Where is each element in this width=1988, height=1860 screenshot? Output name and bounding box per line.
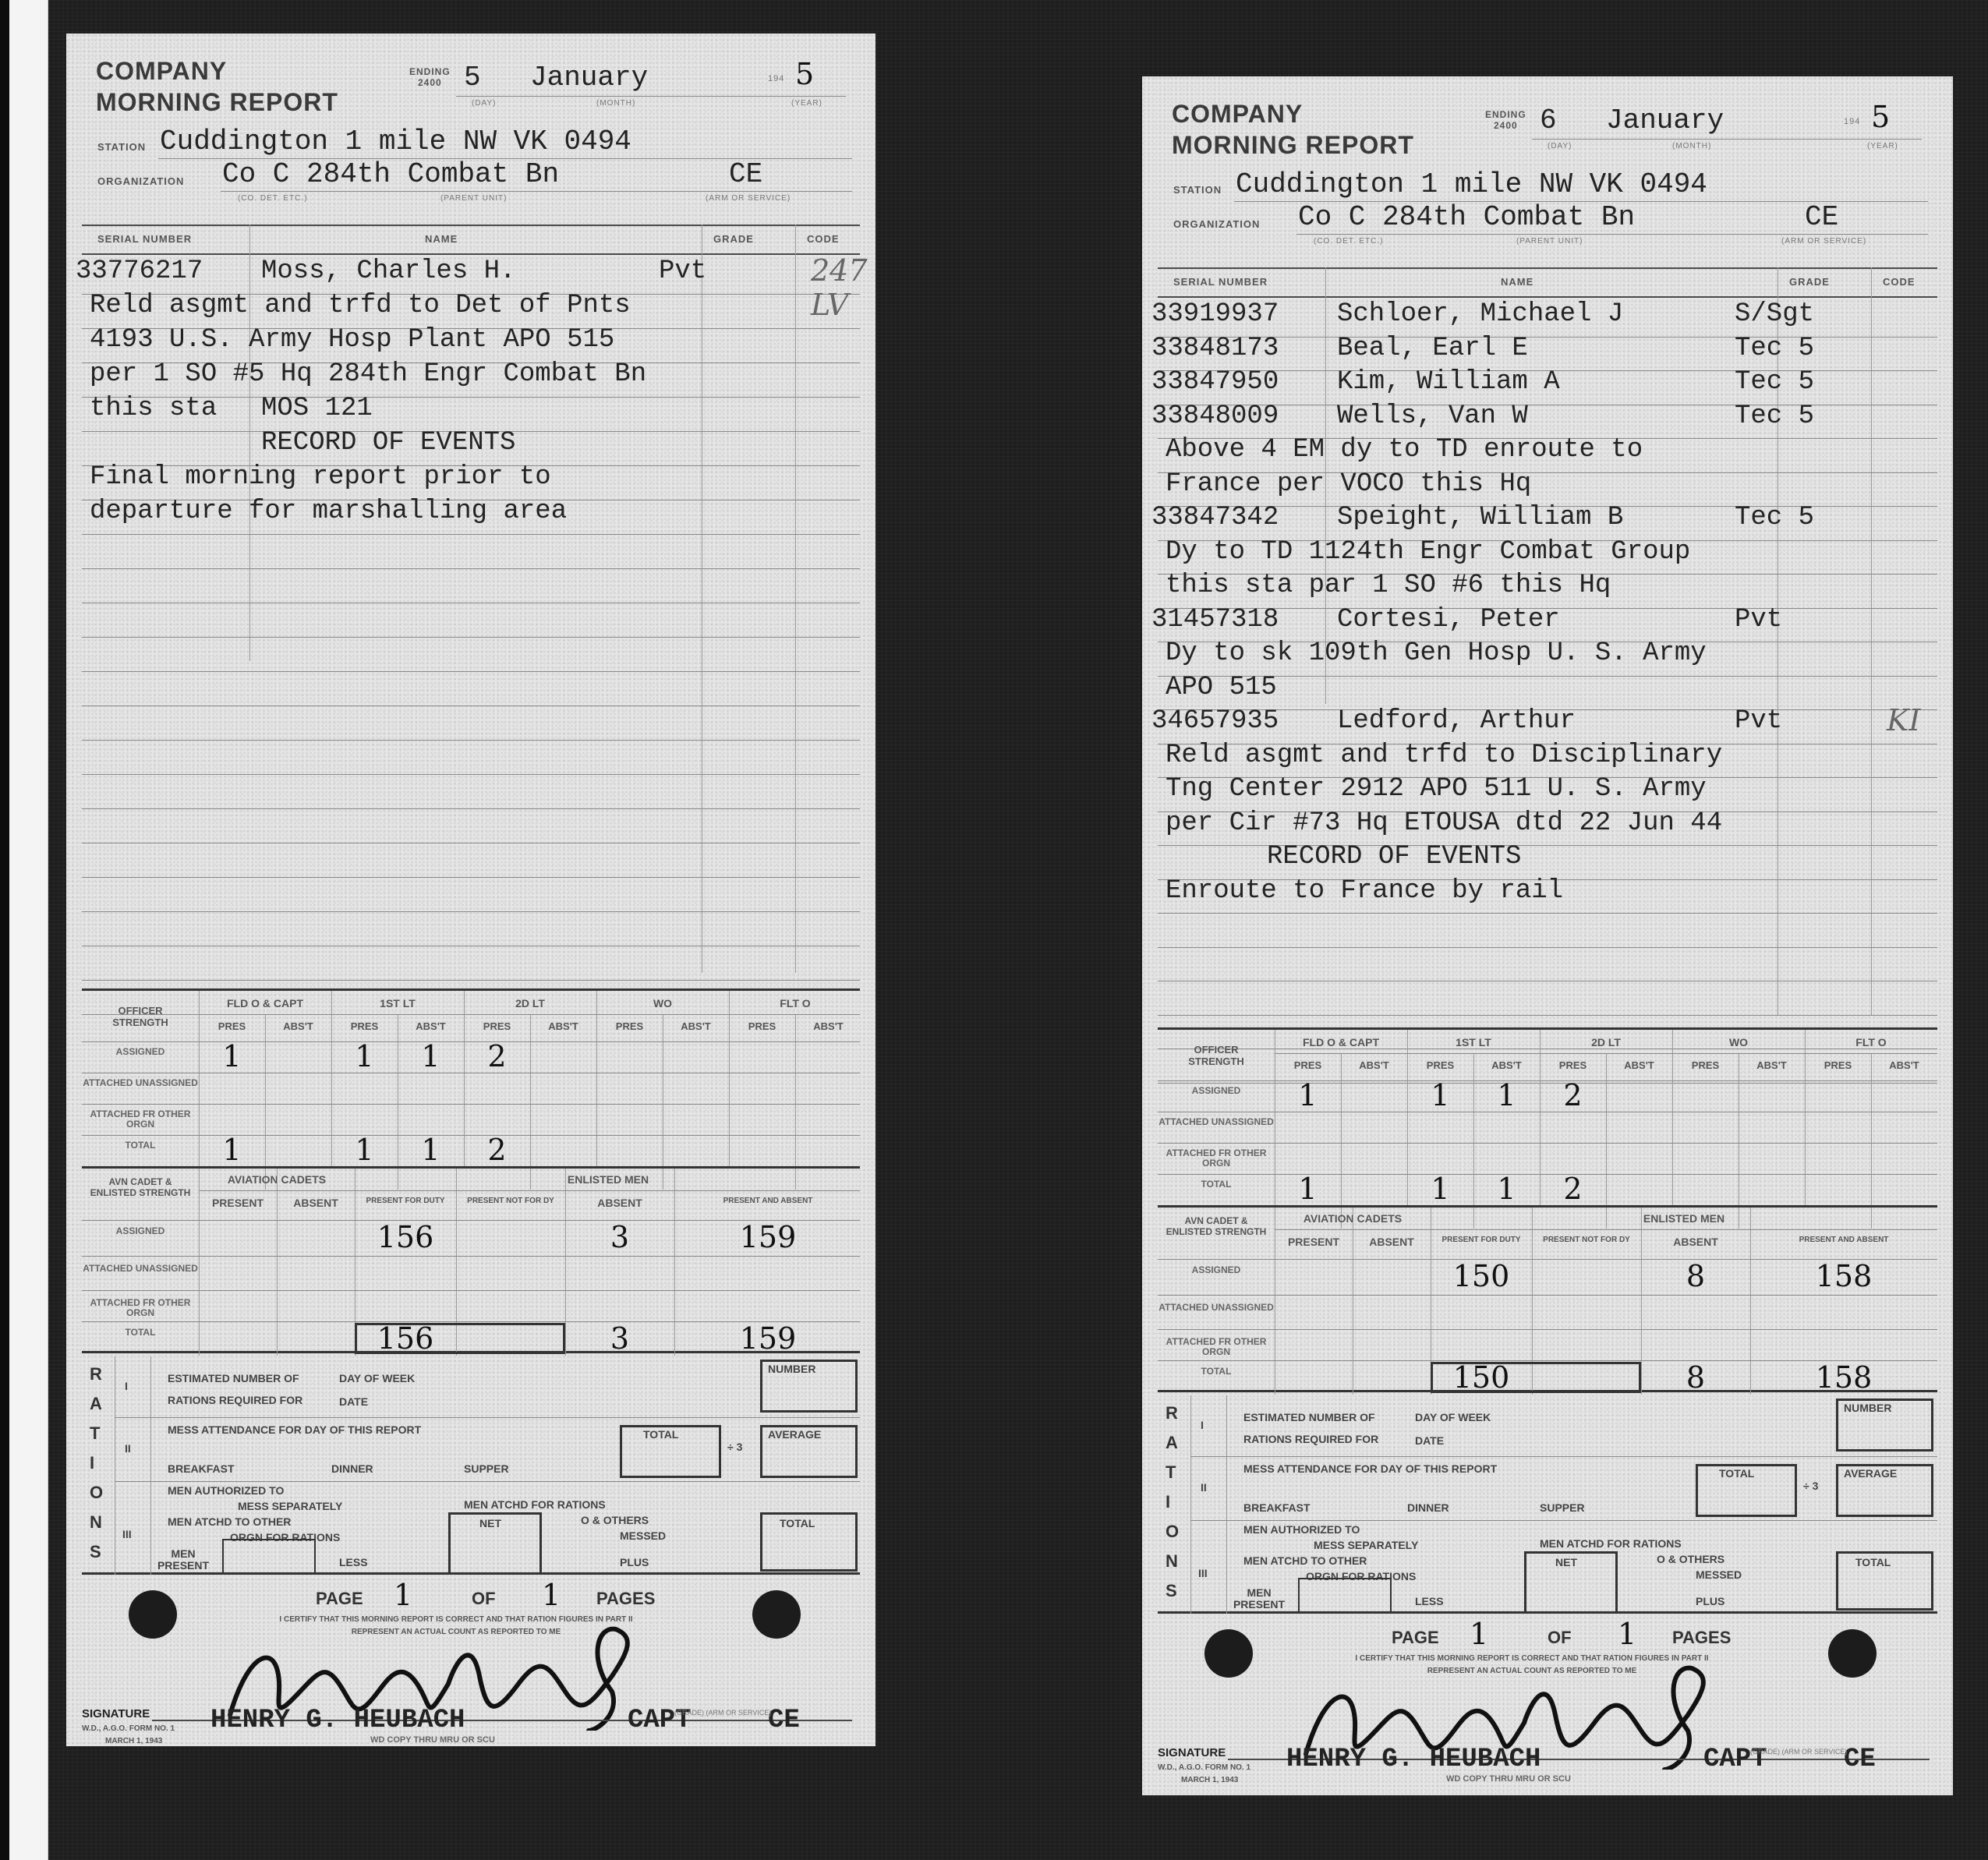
serial-number: 33919937 [1151,299,1279,329]
enlisted-row-label: ATTACHED FR OTHER ORGN [1158,1337,1275,1357]
form-title: COMPANY MORNING REPORT [96,55,338,118]
enlisted-row-label: ATTACHED UNASSIGNED [1158,1303,1275,1313]
ruled-line [82,568,860,569]
serial-number: 34657935 [1151,706,1279,736]
officer-subcol: ABS'T [663,1020,729,1032]
signer-name: HENRY G. HEUBACH [210,1706,465,1735]
organization-value: Co C 284th Combat Bn [222,158,559,190]
ending-label: ENDING2400 [409,66,451,88]
grade: Pvt [1735,706,1782,736]
enlisted-strength-table: AVN CADET & ENLISTED STRENGTHAVIATION CA… [82,1166,860,1353]
enlisted-subcol: PRESENT NOT FOR DY [456,1197,565,1205]
form-number: W.D., A.G.O. FORM NO. 1 [82,1724,175,1733]
section-i-number: I [1201,1419,1204,1431]
of-label: OF [472,1589,496,1609]
section-i-number: I [125,1380,128,1392]
caption-parent-unit: (PARENT UNIT) [440,194,507,203]
page-label: PAGE [1392,1628,1439,1648]
rations-side-letter: O [1166,1522,1179,1542]
ruled-line [1158,947,1937,948]
page-total: 1 [1618,1617,1636,1651]
record-of-events-heading: RECORD OF EVENTS [1267,842,1521,872]
officer-count: 1 [331,1039,398,1073]
page-number: 1 [394,1578,412,1612]
entry-text: per Cir #73 Hq ETOUSA dtd 22 Jun 44 [1166,808,1722,838]
officer-count: 2 [464,1133,530,1167]
report-month: January [530,62,648,94]
year-caption: (YEAR) [1867,142,1898,150]
mess-attendance-label: MESS ATTENDANCE FOR DAY OF THIS REPORT [1243,1462,1497,1475]
morning-report-jan-5: COMPANY MORNING REPORT ENDING2400 5 Janu… [66,34,875,1746]
morning-report-jan-6: COMPANY MORNING REPORT ENDING2400 6 Janu… [1142,76,1953,1795]
mess-separately-label: MESS SEPARATELY [1314,1539,1418,1551]
total-present-box [1431,1362,1641,1393]
ruled-line [82,808,860,809]
o-others-label: O & OTHERS [1657,1553,1724,1565]
ruled-line [82,637,860,638]
station-label: STATION [1173,184,1222,196]
wd-copy-note: WD COPY THRU MRU OR SCU [1446,1774,1571,1784]
enlisted-row-label: ASSIGNED [82,1226,199,1236]
section-iii-number: III [122,1528,132,1540]
enlisted-row-label: ATTACHED FR OTHER ORGN [82,1298,199,1318]
enlisted-subcol: ABSENT [277,1197,355,1209]
enlisted-strength-label: AVN CADET & ENLISTED STRENGTH [90,1176,191,1198]
ruled-line [82,980,860,981]
rations-total-label: TOTAL [780,1517,815,1529]
month-caption: (MONTH) [596,99,635,108]
organization-label: ORGANIZATION [1173,218,1260,230]
day-of-week-label: DAY OF WEEK [339,1372,415,1384]
rations-side-letter: A [1166,1433,1178,1453]
men-authorized-label: MEN AUTHORIZED TO [168,1484,284,1497]
officer-subcol: ABS'T [530,1020,596,1032]
report-day: 5 [464,62,481,94]
rations-side-letter: I [1166,1492,1170,1512]
soldier-name: Beal, Earl E [1337,334,1528,363]
total-present-box [355,1323,565,1354]
men-present-label: MEN PRESENT [1228,1587,1290,1611]
col-code: CODE [1883,276,1915,288]
officer-row-label: ATTACHED FR OTHER ORGN [82,1109,199,1130]
section-iii-number: III [1198,1567,1208,1579]
enlisted-count: 3 [565,1220,674,1254]
mess-attendance-label: MESS ATTENDANCE FOR DAY OF THIS REPORT [168,1423,421,1436]
code-mark: KI [1887,703,1920,737]
enlisted-count: 159 [674,1321,861,1356]
rations-side-letter: S [90,1542,101,1562]
serial-number: 33847342 [1151,503,1279,532]
ruled-line [82,705,860,706]
entry-text: this sta [90,394,217,423]
entry-text: Enroute to France by rail [1166,876,1563,906]
signature-block: PAGE1OF1PAGESI CERTIFY THAT THIS MORNING… [82,1582,860,1754]
station-value: Cuddington 1 mile NW VK 0494 [160,126,631,157]
officer-row-label: ASSIGNED [1158,1086,1275,1096]
enlisted-count: 8 [1641,1360,1750,1395]
entry-text: Reld asgmt and trfd to Disciplinary [1166,741,1722,770]
enlisted-strength-label: AVN CADET & ENLISTED STRENGTH [1166,1215,1267,1237]
rations-total-label: TOTAL [1855,1556,1891,1568]
breakfast-label: BREAKFAST [168,1462,235,1475]
officer-count: 1 [1407,1078,1473,1112]
rations-side-letter: N [90,1512,102,1533]
officer-subcol: ABS'T [795,1020,861,1032]
officer-row-label: ATTACHED UNASSIGNED [1158,1117,1275,1127]
record-of-events-heading: RECORD OF EVENTS [261,428,515,458]
ruled-line [82,843,860,843]
grade: Tec 5 [1735,401,1814,431]
officer-subcol: PRES [1672,1059,1739,1071]
officer-subcol: PRES [596,1020,663,1032]
col-name: NAME [425,233,458,245]
enlisted-men-group: ENLISTED MEN [1431,1212,1937,1225]
rations-side-letter: R [90,1364,102,1384]
enlisted-subcol: PRESENT [1275,1236,1353,1248]
serial-number: 31457318 [1151,605,1279,635]
soldier-name: Cortesi, Peter [1337,605,1560,635]
enlisted-subcol: ABSENT [1641,1236,1750,1248]
rations-side-letter: S [1166,1581,1177,1601]
caption-arm-service: (ARM OR SERVICE) [706,194,791,203]
number-label: NUMBER [1844,1402,1891,1414]
enlisted-subcol: PRESENT AND ABSENT [674,1197,861,1205]
officer-grade-group: FLD O & CAPT [199,997,331,1010]
ruled-line [82,534,860,535]
men-atchd-other-label: MEN ATCHD TO OTHER [168,1515,291,1528]
entry-text: Final morning report prior to [90,462,551,492]
station-value: Cuddington 1 mile NW VK 0494 [1236,168,1707,200]
enlisted-row-label: ATTACHED UNASSIGNED [82,1264,199,1274]
officer-count: 2 [1540,1078,1606,1112]
of-label: OF [1548,1628,1572,1648]
signer-arm: CE [1844,1745,1876,1774]
signature-block: PAGE1OF1PAGESI CERTIFY THAT THIS MORNING… [1158,1621,1937,1793]
officer-row-label: ASSIGNED [82,1047,199,1057]
col-grade: GRADE [1789,276,1830,288]
officer-subcol: ABS'T [1473,1059,1540,1071]
rations-side-letter: R [1166,1403,1178,1423]
officer-strength-table: OFFICER STRENGTHFLD O & CAPT1ST LT2D LTW… [1158,1027,1937,1203]
year-caption: (YEAR) [791,99,822,108]
men-present-box [222,1539,316,1575]
report-year-digit: 5 [1871,100,1890,134]
grade: Pvt [659,256,706,286]
enlisted-count: 3 [565,1321,674,1356]
officer-count: 1 [1473,1078,1540,1112]
year-prefix: 194 [1844,117,1860,126]
day-caption: (DAY) [472,99,496,108]
date-label: DATE [339,1395,368,1408]
mess-separately-label: MESS SEPARATELY [238,1500,342,1512]
caption-arm-service: (ARM OR SERVICE) [1781,237,1866,246]
rations-section: RATIONSIESTIMATED NUMBER OFRATIONS REQUI… [82,1356,860,1575]
station-label: STATION [97,141,146,153]
officer-subcol: PRES [1540,1059,1606,1071]
men-atchd-rations-label: MEN ATCHD FOR RATIONS [1540,1537,1682,1550]
page-total: 1 [542,1578,561,1612]
serial-number: 33776217 [76,256,203,286]
col-serial-number: SERIAL NUMBER [1173,276,1268,288]
officer-strength-table: OFFICER STRENGTHFLD O & CAPT1ST LT2D LTW… [82,988,860,1164]
grade-arm-caption: (GRADE) (ARM OR SERVICE) [1750,1748,1847,1756]
officer-grade-group: FLT O [729,997,861,1010]
officer-subcol: PRES [1407,1059,1473,1071]
day-caption: (DAY) [1548,142,1572,150]
report-year-digit: 5 [795,57,814,91]
enlisted-subcol: PRESENT FOR DUTY [355,1197,456,1205]
report-month: January [1606,104,1724,136]
section-ii-number: II [1201,1481,1207,1494]
supper-label: SUPPER [464,1462,509,1475]
officer-row-label: TOTAL [82,1140,199,1151]
organization-label: ORGANIZATION [97,175,184,187]
men-present-box [1298,1578,1392,1614]
scan-edge [0,0,9,1860]
ruled-line [1158,913,1937,914]
officer-count: 2 [1540,1172,1606,1206]
wd-copy-note: WD COPY THRU MRU OR SCU [370,1735,495,1745]
pages-label: PAGES [596,1589,655,1609]
breakfast-label: BREAKFAST [1243,1501,1311,1514]
grade: S/Sgt [1735,299,1814,329]
officer-grade-group: FLT O [1805,1036,1937,1048]
enlisted-strength-table: AVN CADET & ENLISTED STRENGTHAVIATION CA… [1158,1205,1937,1392]
ruled-line [82,740,860,741]
ruled-line [1158,981,1937,981]
month-caption: (MONTH) [1672,142,1711,150]
officer-subcol: PRES [464,1020,530,1032]
enlisted-subcol: PRESENT FOR DUTY [1431,1236,1532,1244]
col-code: CODE [807,233,840,245]
plus-label: PLUS [1696,1595,1724,1607]
form-date: MARCH 1, 1943 [1181,1776,1238,1784]
signature-label: SIGNATURE [1158,1746,1226,1759]
caption-co-det: (CO. DET. ETC.) [238,194,307,203]
officer-subcol: ABS'T [1341,1059,1407,1071]
page-label: PAGE [316,1589,363,1609]
section-ii-number: II [125,1442,131,1455]
grade: Tec 5 [1735,334,1814,363]
entry-text: Above 4 EM dy to TD enroute to [1166,435,1643,465]
entry-text: 4193 U.S. Army Hosp Plant APO 515 [90,325,614,355]
enlisted-subcol: PRESENT AND ABSENT [1750,1236,1937,1244]
officer-strength-label: OFFICER STRENGTH [1166,1044,1267,1067]
grade: Tec 5 [1735,503,1814,532]
divide-by-three: ÷ 3 [1803,1480,1818,1492]
messed-label: MESSED [1696,1568,1742,1581]
men-atchd-other-label: MEN ATCHD TO OTHER [1243,1554,1367,1567]
officer-subcol: ABS'T [1871,1059,1937,1071]
serial-number: 33847950 [1151,367,1279,397]
rations-side-letter: T [90,1423,100,1444]
officer-count: 1 [199,1133,265,1167]
officer-row-label: TOTAL [1158,1179,1275,1190]
date-label: DATE [1415,1434,1444,1447]
officer-subcol: PRES [199,1020,265,1032]
officer-grade-group: 1ST LT [1407,1036,1540,1048]
entry-extra: MOS 121 [261,394,373,423]
arm-or-service: CE [1805,201,1838,233]
entry-text: Tng Center 2912 APO 511 U. S. Army [1166,774,1707,804]
soldier-name: Speight, William B [1337,503,1623,532]
officer-count: 1 [331,1133,398,1167]
soldier-name: Kim, William A [1337,367,1560,397]
soldier-name: Wells, Van W [1337,401,1528,431]
serial-number: 33848173 [1151,334,1279,363]
soldier-name: Moss, Charles H. [261,256,515,286]
signature-label: SIGNATURE [82,1707,150,1720]
grade-arm-caption: (GRADE) (ARM OR SERVICE) [674,1709,771,1717]
rations-side-letter: A [90,1394,102,1414]
rations-side-letter: N [1166,1551,1178,1572]
ruled-line [82,877,860,878]
day-of-week-label: DAY OF WEEK [1415,1411,1491,1423]
ruled-line [82,603,860,603]
dinner-label: DINNER [331,1462,373,1475]
enlisted-subcol: ABSENT [1353,1236,1431,1248]
estimated-number-label: ESTIMATED NUMBER OF [1243,1411,1375,1423]
enlisted-count: 159 [674,1220,861,1254]
ruled-line [1158,1015,1937,1016]
col-serial-number: SERIAL NUMBER [97,233,192,245]
supper-label: SUPPER [1540,1501,1585,1514]
estimated-number-label: ESTIMATED NUMBER OF [168,1372,299,1384]
grade: Pvt [1735,605,1782,635]
officer-grade-group: 2D LT [464,997,596,1010]
average-label: AVERAGE [1844,1467,1897,1480]
men-present-label: MEN PRESENT [152,1548,214,1572]
signer-arm: CE [768,1706,800,1735]
officer-grade-group: 2D LT [1540,1036,1672,1048]
ending-label: ENDING2400 [1485,109,1526,131]
number-label: NUMBER [768,1363,815,1375]
enlisted-men-group: ENLISTED MEN [355,1173,861,1186]
organization-value: Co C 284th Combat Bn [1298,201,1635,233]
mess-total-label: TOTAL [1719,1467,1754,1480]
o-others-label: O & OTHERS [581,1514,649,1526]
officer-subcol: ABS'T [1606,1059,1672,1071]
rations-section: RATIONSIESTIMATED NUMBER OFRATIONS REQUI… [1158,1395,1937,1614]
ruled-line [82,946,860,946]
net-label: NET [479,1517,501,1529]
messed-label: MESSED [620,1529,666,1542]
page-number: 1 [1470,1617,1488,1651]
pages-label: PAGES [1672,1628,1731,1648]
officer-grade-group: 1ST LT [331,997,464,1010]
officer-count: 1 [1407,1172,1473,1206]
officer-count: 1 [199,1039,265,1073]
ruled-line [82,911,860,912]
arm-or-service: CE [729,158,762,190]
enlisted-count: 158 [1750,1360,1937,1395]
officer-grade-group: FLD O & CAPT [1275,1036,1407,1048]
officer-count: 1 [1473,1172,1540,1206]
scan-margin [9,0,48,1860]
form-number: W.D., A.G.O. FORM NO. 1 [1158,1763,1250,1772]
enlisted-count: 156 [355,1220,456,1254]
grade: Tec 5 [1735,367,1814,397]
enlisted-subcol: PRESENT NOT FOR DY [1532,1236,1641,1244]
entry-text: France per VOCO this Hq [1166,469,1531,499]
officer-row-label: ATTACHED UNASSIGNED [82,1078,199,1088]
dinner-label: DINNER [1407,1501,1449,1514]
officer-count: 1 [398,1039,464,1073]
report-day: 6 [1540,104,1557,136]
entry-text: this sta par 1 SO #6 this Hq [1166,571,1611,600]
officer-subcol: PRES [331,1020,398,1032]
net-label: NET [1555,1556,1577,1568]
entry-text: departure for marshalling area [90,497,567,526]
officer-grade-group: WO [596,997,729,1010]
soldier-name: Ledford, Arthur [1337,706,1576,736]
enlisted-subcol: PRESENT [199,1197,277,1209]
col-grade: GRADE [713,233,754,245]
officer-subcol: PRES [1805,1059,1871,1071]
entry-text: Reld asgmt and trfd to Det of Pnts [90,291,631,320]
officer-subcol: ABS'T [398,1020,464,1032]
ruled-line [82,774,860,775]
mess-total-label: TOTAL [643,1428,678,1441]
officer-count: 2 [464,1039,530,1073]
serial-number: 33848009 [1151,401,1279,431]
rations-side-letter: I [90,1453,94,1473]
divide-by-three: ÷ 3 [727,1441,742,1453]
rations-required-label: RATIONS REQUIRED FOR [168,1394,302,1406]
code-mark: 247 [811,253,868,288]
enlisted-row-label: TOTAL [1158,1367,1275,1377]
officer-count: 1 [1275,1078,1341,1112]
rations-side-letter: T [1166,1462,1176,1483]
enlisted-row-label: TOTAL [82,1328,199,1338]
men-atchd-rations-label: MEN ATCHD FOR RATIONS [464,1498,606,1511]
officer-count: 1 [1275,1172,1341,1206]
form-title: COMPANY MORNING REPORT [1172,98,1414,161]
ruled-line [82,671,860,672]
rations-side-letter: O [90,1483,103,1503]
enlisted-row-label: ASSIGNED [1158,1265,1275,1275]
entry-text: APO 515 [1166,673,1277,702]
men-authorized-label: MEN AUTHORIZED TO [1243,1523,1360,1536]
officer-subcol: ABS'T [265,1020,331,1032]
enlisted-count: 8 [1641,1259,1750,1293]
officer-subcol: ABS'T [1739,1059,1805,1071]
rations-required-label: RATIONS REQUIRED FOR [1243,1433,1378,1445]
officer-row-label: ATTACHED FR OTHER ORGN [1158,1148,1275,1169]
entry-text: Dy to sk 109th Gen Hosp U. S. Army [1166,638,1707,668]
less-label: LESS [1415,1595,1444,1607]
signer-name: HENRY G. HEUBACH [1286,1745,1541,1774]
enlisted-subcol: ABSENT [565,1197,674,1209]
form-date: MARCH 1, 1943 [105,1737,162,1745]
officer-count: 1 [398,1133,464,1167]
code-mark: LV [811,288,848,322]
entry-text: per 1 SO #5 Hq 284th Engr Combat Bn [90,359,646,389]
officer-strength-label: OFFICER STRENGTH [90,1005,191,1028]
officer-subcol: PRES [729,1020,795,1032]
less-label: LESS [339,1556,368,1568]
col-name: NAME [1501,276,1533,288]
caption-parent-unit: (PARENT UNIT) [1516,237,1583,246]
entry-text: Dy to TD 1124th Engr Combat Group [1166,537,1690,567]
enlisted-count: 150 [1431,1259,1532,1293]
caption-co-det: (CO. DET. ETC.) [1314,237,1383,246]
plus-label: PLUS [620,1556,649,1568]
officer-grade-group: WO [1672,1036,1805,1048]
average-label: AVERAGE [768,1428,821,1441]
year-prefix: 194 [768,74,784,83]
officer-subcol: PRES [1275,1059,1341,1071]
